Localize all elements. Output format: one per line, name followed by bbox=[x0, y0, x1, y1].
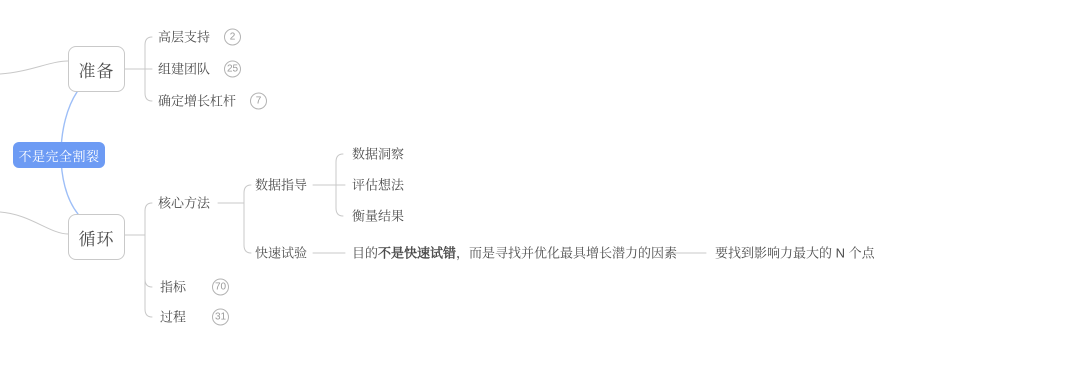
topic-evaluate-ideas[interactable]: 评估想法 bbox=[352, 179, 404, 192]
connector-loop-child-1 bbox=[145, 203, 152, 235]
topic-top-n-points[interactable]: 要找到影响力最大的 N 个点 bbox=[715, 247, 875, 260]
branch-node-prepare[interactable]: 准备 bbox=[68, 46, 125, 92]
topic-label: 快速试验 bbox=[255, 247, 307, 260]
topic-process[interactable]: 过程 31 bbox=[160, 309, 229, 326]
count-badge[interactable]: 25 bbox=[224, 61, 241, 78]
connector-loop-child-2 bbox=[145, 235, 152, 287]
count-badge[interactable]: 70 bbox=[212, 279, 229, 296]
topic-label: 要找到影响力最大的 N 个点 bbox=[715, 247, 875, 260]
topic-label: 指标 bbox=[160, 281, 186, 294]
topic-rapid-experiment[interactable]: 快速试验 bbox=[255, 247, 307, 260]
topic-label: 评估想法 bbox=[352, 179, 404, 192]
connector-coremethod-child-2 bbox=[244, 203, 251, 253]
topic-core-method[interactable]: 核心方法 bbox=[158, 197, 210, 210]
topic-label: 确定增长杠杆 bbox=[158, 95, 236, 108]
connector-parent-to-prepare bbox=[0, 61, 68, 74]
count-badge[interactable]: 2 bbox=[224, 29, 241, 46]
topic-label-prefix: 目的 bbox=[352, 247, 378, 260]
connector-coremethod-child-1 bbox=[244, 185, 251, 203]
topic-label: 核心方法 bbox=[158, 197, 210, 210]
topic-metrics[interactable]: 指标 70 bbox=[160, 279, 229, 296]
connector-dataguide-child-1 bbox=[336, 154, 343, 185]
topic-build-team[interactable]: 组建团队 25 bbox=[158, 61, 241, 78]
mindmap-canvas: 不是完全割裂 准备 循环 高层支持 2 组建团队 25 确定增长杠杆 7 核心方… bbox=[0, 0, 1080, 366]
branch-node-loop[interactable]: 循环 bbox=[68, 214, 125, 260]
connector-prepare-child-3 bbox=[145, 69, 152, 101]
topic-label: 数据洞察 bbox=[352, 148, 404, 161]
topic-label: 衡量结果 bbox=[352, 210, 404, 223]
topic-label: 组建团队 bbox=[158, 63, 210, 76]
topic-label: 数据指导 bbox=[255, 179, 307, 192]
count-badge[interactable]: 31 bbox=[212, 309, 229, 326]
topic-growth-lever[interactable]: 确定增长杠杆 7 bbox=[158, 93, 267, 110]
connector-loop-child-3 bbox=[145, 235, 152, 317]
topic-label-bold: 不是快速试错 bbox=[378, 247, 456, 260]
topic-measure-results[interactable]: 衡量结果 bbox=[352, 210, 404, 223]
topic-label: 高层支持 bbox=[158, 31, 210, 44]
connector-parent-to-loop bbox=[0, 212, 68, 234]
connector-dataguide-child-3 bbox=[336, 185, 343, 216]
topic-label-suffix: ，而是寻找并优化最具增长潜力的因素 bbox=[456, 247, 677, 260]
topic-label: 过程 bbox=[160, 311, 186, 324]
topic-data-insight[interactable]: 数据洞察 bbox=[352, 148, 404, 161]
connector-prepare-child-1 bbox=[145, 37, 152, 69]
topic-executive-support[interactable]: 高层支持 2 bbox=[158, 29, 241, 46]
floating-label[interactable]: 不是完全割裂 bbox=[13, 142, 105, 168]
topic-data-guidance[interactable]: 数据指导 bbox=[255, 179, 307, 192]
topic-purpose-note[interactable]: 目的不是快速试错，而是寻找并优化最具增长潜力的因素 bbox=[352, 247, 677, 260]
count-badge[interactable]: 7 bbox=[250, 93, 267, 110]
